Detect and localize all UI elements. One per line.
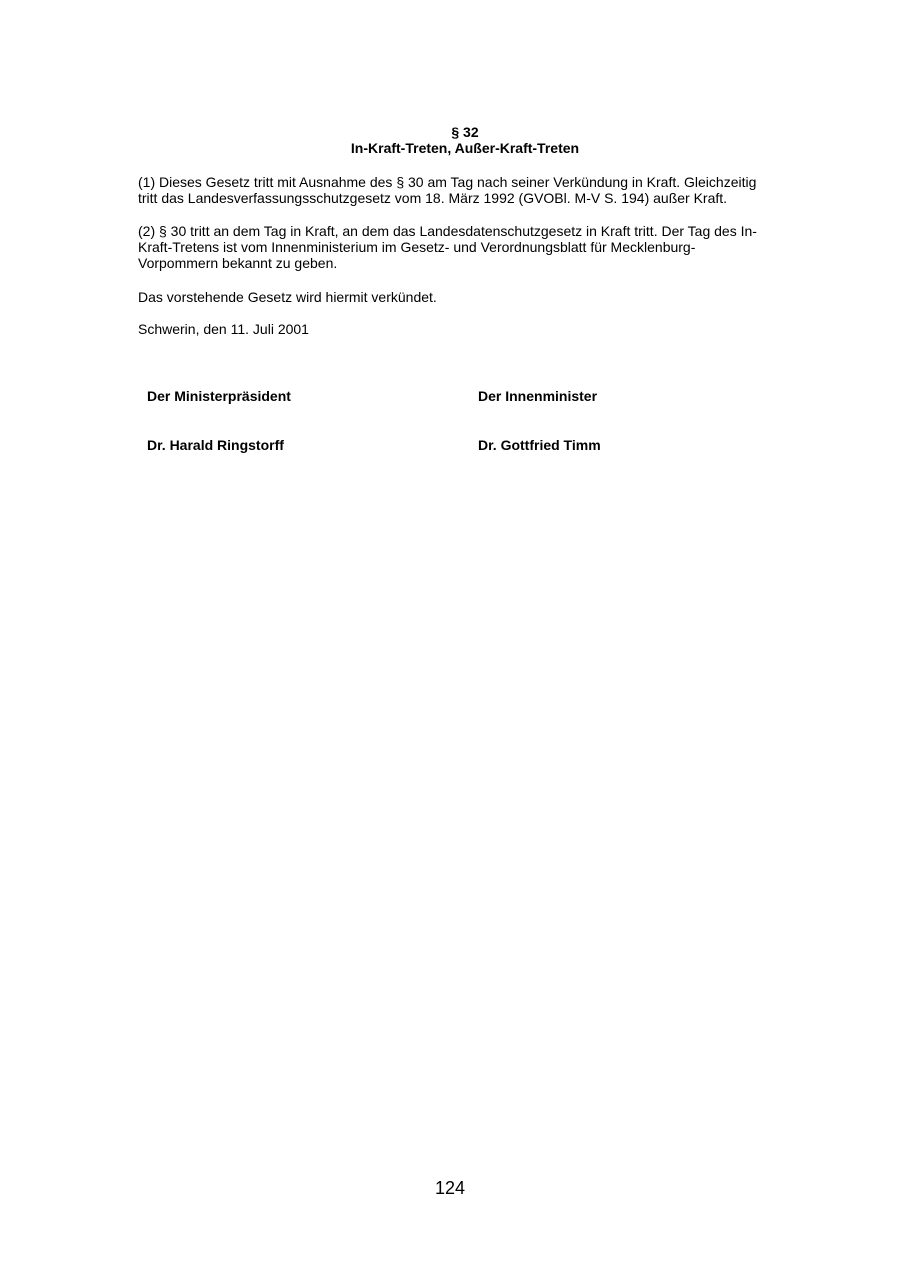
paragraph-1: (1) Dieses Gesetz tritt mit Ausnahme des… [138,174,788,206]
signature-role-2: Der Innenminister [478,388,597,404]
section-title: In-Kraft-Treten, Außer-Kraft-Treten [0,140,900,156]
signature-name-1: Dr. Harald Ringstorff [147,437,284,453]
paragraph-line: Kraft-Tretens ist vom Innenministerium i… [138,239,788,255]
paragraph-line: tritt das Landesverfassungsschutzgesetz … [138,190,788,206]
promulgation-text: Das vorstehende Gesetz wird hiermit verk… [138,289,788,305]
place-date: Schwerin, den 11. Juli 2001 [138,321,788,337]
paragraph-line: (1) Dieses Gesetz tritt mit Ausnahme des… [138,174,788,190]
page-number: 124 [0,1178,900,1198]
paragraph-2: (2) § 30 tritt an dem Tag in Kraft, an d… [138,223,788,271]
signature-role-1: Der Ministerpräsident [147,388,291,404]
signature-name-2: Dr. Gottfried Timm [478,437,601,453]
paragraph-line: (2) § 30 tritt an dem Tag in Kraft, an d… [138,223,788,239]
section-number: § 32 [0,124,900,140]
paragraph-line: Vorpommern bekannt zu geben. [138,255,788,271]
